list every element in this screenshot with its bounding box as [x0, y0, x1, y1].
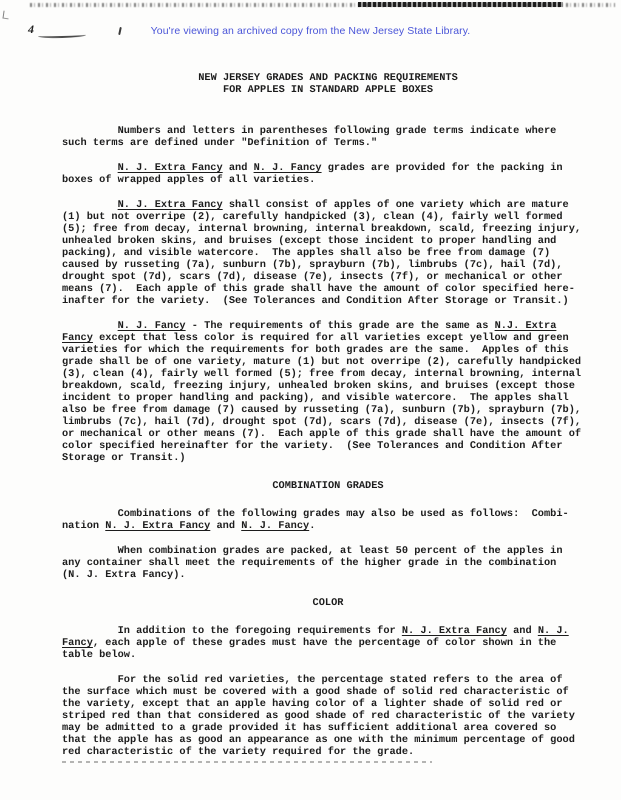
text-segment: , each apple of these grades must have t… [93, 637, 556, 649]
text-segment: except that less color is required for a… [93, 332, 569, 344]
text-segment: grade shall be of one variety, mature (1… [62, 356, 581, 368]
paragraph: N. J. Fancy - The requirements of this g… [62, 320, 594, 464]
underlined-text: N. J. Fancy [254, 162, 322, 174]
text-line: N. J. Extra Fancy and N. J. Fancy grades… [62, 162, 594, 174]
section-heading: COMBINATION GRADES [62, 480, 594, 492]
text-line: that the apple has as good an appearance… [62, 734, 594, 746]
text-line: grade shall be of one variety, mature (1… [62, 356, 594, 368]
text-segment: - The requirements of this grade are the… [186, 320, 495, 332]
text-segment: the variety, except that an apple having… [62, 698, 563, 710]
paragraph: Numbers and letters in parentheses follo… [62, 125, 594, 149]
text-line: red characteristic of the variety requir… [62, 746, 594, 758]
text-line: For the solid red varieties, the percent… [62, 674, 594, 686]
text-segment: also be free from damage (7) caused by r… [62, 404, 581, 416]
text-line: or mechanical or other means (7). Each a… [62, 428, 594, 440]
text-line: Fancy except that less color is required… [62, 332, 594, 344]
text-line: When combination grades are packed, at l… [62, 545, 594, 557]
text-segment: varieties for which the requirements for… [62, 344, 569, 356]
text-line: means (7). Each apple of this grade shal… [62, 283, 594, 295]
text-segment: that the apple has as good an appearance… [62, 734, 575, 746]
text-segment: COLOR [313, 597, 344, 609]
text-line: COLOR [62, 597, 594, 609]
text-line: unhealed broken skins, and bruises (exce… [62, 235, 594, 247]
text-line: NEW JERSEY GRADES AND PACKING REQUIREMEN… [62, 72, 594, 84]
underlined-text: N.J. Extra [495, 320, 557, 332]
text-segment: any container shall meet the requirement… [62, 557, 556, 569]
text-line: the surface which must be covered with a… [62, 686, 594, 698]
text-segment: For the solid red varieties, the percent… [62, 674, 563, 686]
paragraph: When combination grades are packed, at l… [62, 545, 594, 581]
text-line: drought spot (7d), scars (7d), disease (… [62, 271, 594, 283]
text-line: varieties for which the requirements for… [62, 344, 594, 356]
underlined-text: Fancy [62, 637, 93, 649]
text-segment: When combination grades are packed, at l… [62, 545, 563, 557]
text-line: caused by russeting (7a), sunburn (7b), … [62, 259, 594, 271]
text-segment: and [210, 520, 241, 532]
text-line: Fancy, each apple of these grades must h… [62, 637, 594, 649]
text-line: FOR APPLES IN STANDARD APPLE BOXES [62, 84, 594, 96]
text-segment: In addition to the foregoing requirement… [62, 625, 402, 637]
underlined-text: N. J. Extra Fancy [118, 162, 223, 174]
scanned-page: You're viewing an archived copy from the… [0, 0, 621, 800]
archive-banner-text[interactable]: You're viewing an archived copy from the… [151, 25, 471, 37]
underlined-text: N. J. Fancy [241, 520, 309, 532]
text-segment: (5); free from decay, internal browning,… [62, 223, 581, 235]
text-segment: . [309, 520, 315, 532]
text-segment [62, 162, 118, 174]
text-segment: red characteristic of the variety requir… [62, 746, 414, 758]
text-line: striped red than that considered as good… [62, 710, 594, 722]
underlined-text: N. J. Extra Fancy [402, 625, 507, 637]
text-segment: nation [62, 520, 105, 532]
text-line: (3), clean (4), fairly well formed (5); … [62, 368, 594, 380]
document-body: NEW JERSEY GRADES AND PACKING REQUIREMEN… [62, 72, 594, 771]
underlined-text: N. J. Extra Fancy [105, 520, 210, 532]
text-line: incident to proper handling and packing)… [62, 392, 594, 404]
text-line: color specified hereinafter for the vari… [62, 440, 594, 452]
text-line: Combinations of the following grades may… [62, 508, 594, 520]
text-segment: grades are provided for the packing in [322, 162, 563, 174]
text-line: N. J. Extra Fancy shall consist of apple… [62, 199, 594, 211]
handwritten-page-mark: 4 [28, 22, 34, 37]
text-segment [62, 320, 118, 332]
text-segment: (3), clean (4), fairly well formed (5); … [62, 368, 581, 380]
text-line: Numbers and letters in parentheses follo… [62, 125, 594, 137]
scan-edge-mark [2, 11, 9, 20]
handwritten-squiggle [38, 32, 86, 38]
archive-banner: You're viewing an archived copy from the… [0, 25, 621, 37]
text-line: inafter for the variety. (See Tolerances… [62, 295, 594, 307]
paragraph: For the solid red varieties, the percent… [62, 674, 594, 758]
paragraph: N. J. Extra Fancy and N. J. Fancy grades… [62, 162, 594, 186]
text-segment: the surface which must be covered with a… [62, 686, 569, 698]
text-line: (5); free from decay, internal browning,… [62, 223, 594, 235]
text-line: In addition to the foregoing requirement… [62, 625, 594, 637]
text-segment: Numbers and letters in parentheses follo… [62, 125, 556, 137]
text-segment: color specified hereinafter for the vari… [62, 440, 563, 452]
text-segment: (N. J. Extra Fancy). [62, 569, 186, 581]
text-segment: caused by russeting (7a), sunburn (7b), … [62, 259, 563, 271]
text-line: (1) but not overripe (2), carefully hand… [62, 211, 594, 223]
text-segment: drought spot (7d), scars (7d), disease (… [62, 271, 563, 283]
text-line: Storage or Transit.) [62, 452, 594, 464]
text-line: boxes of wrapped apples of all varieties… [62, 174, 594, 186]
underlined-text: N. J. [538, 625, 569, 637]
text-segment: packing), and visible watercore. The app… [62, 247, 550, 259]
text-segment: such terms are defined under "Definition… [62, 137, 377, 149]
text-line: breakdown, scald, freezing injury, unhea… [62, 380, 594, 392]
paragraph: N. J. Extra Fancy shall consist of apple… [62, 199, 594, 307]
text-segment: NEW JERSEY GRADES AND PACKING REQUIREMEN… [198, 72, 458, 84]
text-line: table below. [62, 649, 594, 661]
underlined-text: N. J. Fancy [118, 320, 186, 332]
text-line: (N. J. Extra Fancy). [62, 569, 594, 581]
scan-artifact-bottom [62, 761, 432, 763]
document-title: NEW JERSEY GRADES AND PACKING REQUIREMEN… [62, 72, 594, 96]
paragraph: Combinations of the following grades may… [62, 508, 594, 532]
text-line: the variety, except that an apple having… [62, 698, 594, 710]
text-segment: unhealed broken skins, and bruises (exce… [62, 235, 556, 247]
text-line: N. J. Fancy - The requirements of this g… [62, 320, 594, 332]
text-segment: boxes of wrapped apples of all varieties… [62, 174, 315, 186]
text-line: packing), and visible watercore. The app… [62, 247, 594, 259]
text-segment: and [507, 625, 538, 637]
text-line: such terms are defined under "Definition… [62, 137, 594, 149]
text-segment: Storage or Transit.) [62, 452, 186, 464]
text-line: COMBINATION GRADES [62, 480, 594, 492]
text-segment: striped red than that considered as good… [62, 710, 575, 722]
underlined-text: Fancy [62, 332, 93, 344]
text-line: nation N. J. Extra Fancy and N. J. Fancy… [62, 520, 594, 532]
text-segment: (1) but not overripe (2), carefully hand… [62, 211, 563, 223]
paragraph: In addition to the foregoing requirement… [62, 625, 594, 661]
text-segment: or mechanical or other means (7). Each a… [62, 428, 581, 440]
section-heading: COLOR [62, 597, 594, 609]
text-segment: incident to proper handling and packing)… [62, 392, 569, 404]
text-segment: shall consist of apples of one variety w… [223, 199, 569, 211]
text-segment: COMBINATION GRADES [272, 480, 383, 492]
scan-artifact-strip-dark [358, 2, 563, 7]
text-segment: limbrubs (7c), hail (7d), drought spot (… [62, 416, 581, 428]
text-segment [62, 199, 118, 211]
underlined-text: N. J. Extra Fancy [118, 199, 223, 211]
text-segment: means (7). Each apple of this grade shal… [62, 283, 575, 295]
text-segment: breakdown, scald, freezing injury, unhea… [62, 380, 575, 392]
text-segment: and [223, 162, 254, 174]
text-segment: may be admitted to a grade provided it h… [62, 722, 556, 734]
text-segment: inafter for the variety. (See Tolerances… [62, 295, 569, 307]
text-line: limbrubs (7c), hail (7d), drought spot (… [62, 416, 594, 428]
text-segment: FOR APPLES IN STANDARD APPLE BOXES [223, 84, 433, 96]
text-line: may be admitted to a grade provided it h… [62, 722, 594, 734]
text-line: also be free from damage (7) caused by r… [62, 404, 594, 416]
text-segment: table below. [62, 649, 136, 661]
text-line: any container shall meet the requirement… [62, 557, 594, 569]
text-segment: Combinations of the following grades may… [62, 508, 569, 520]
